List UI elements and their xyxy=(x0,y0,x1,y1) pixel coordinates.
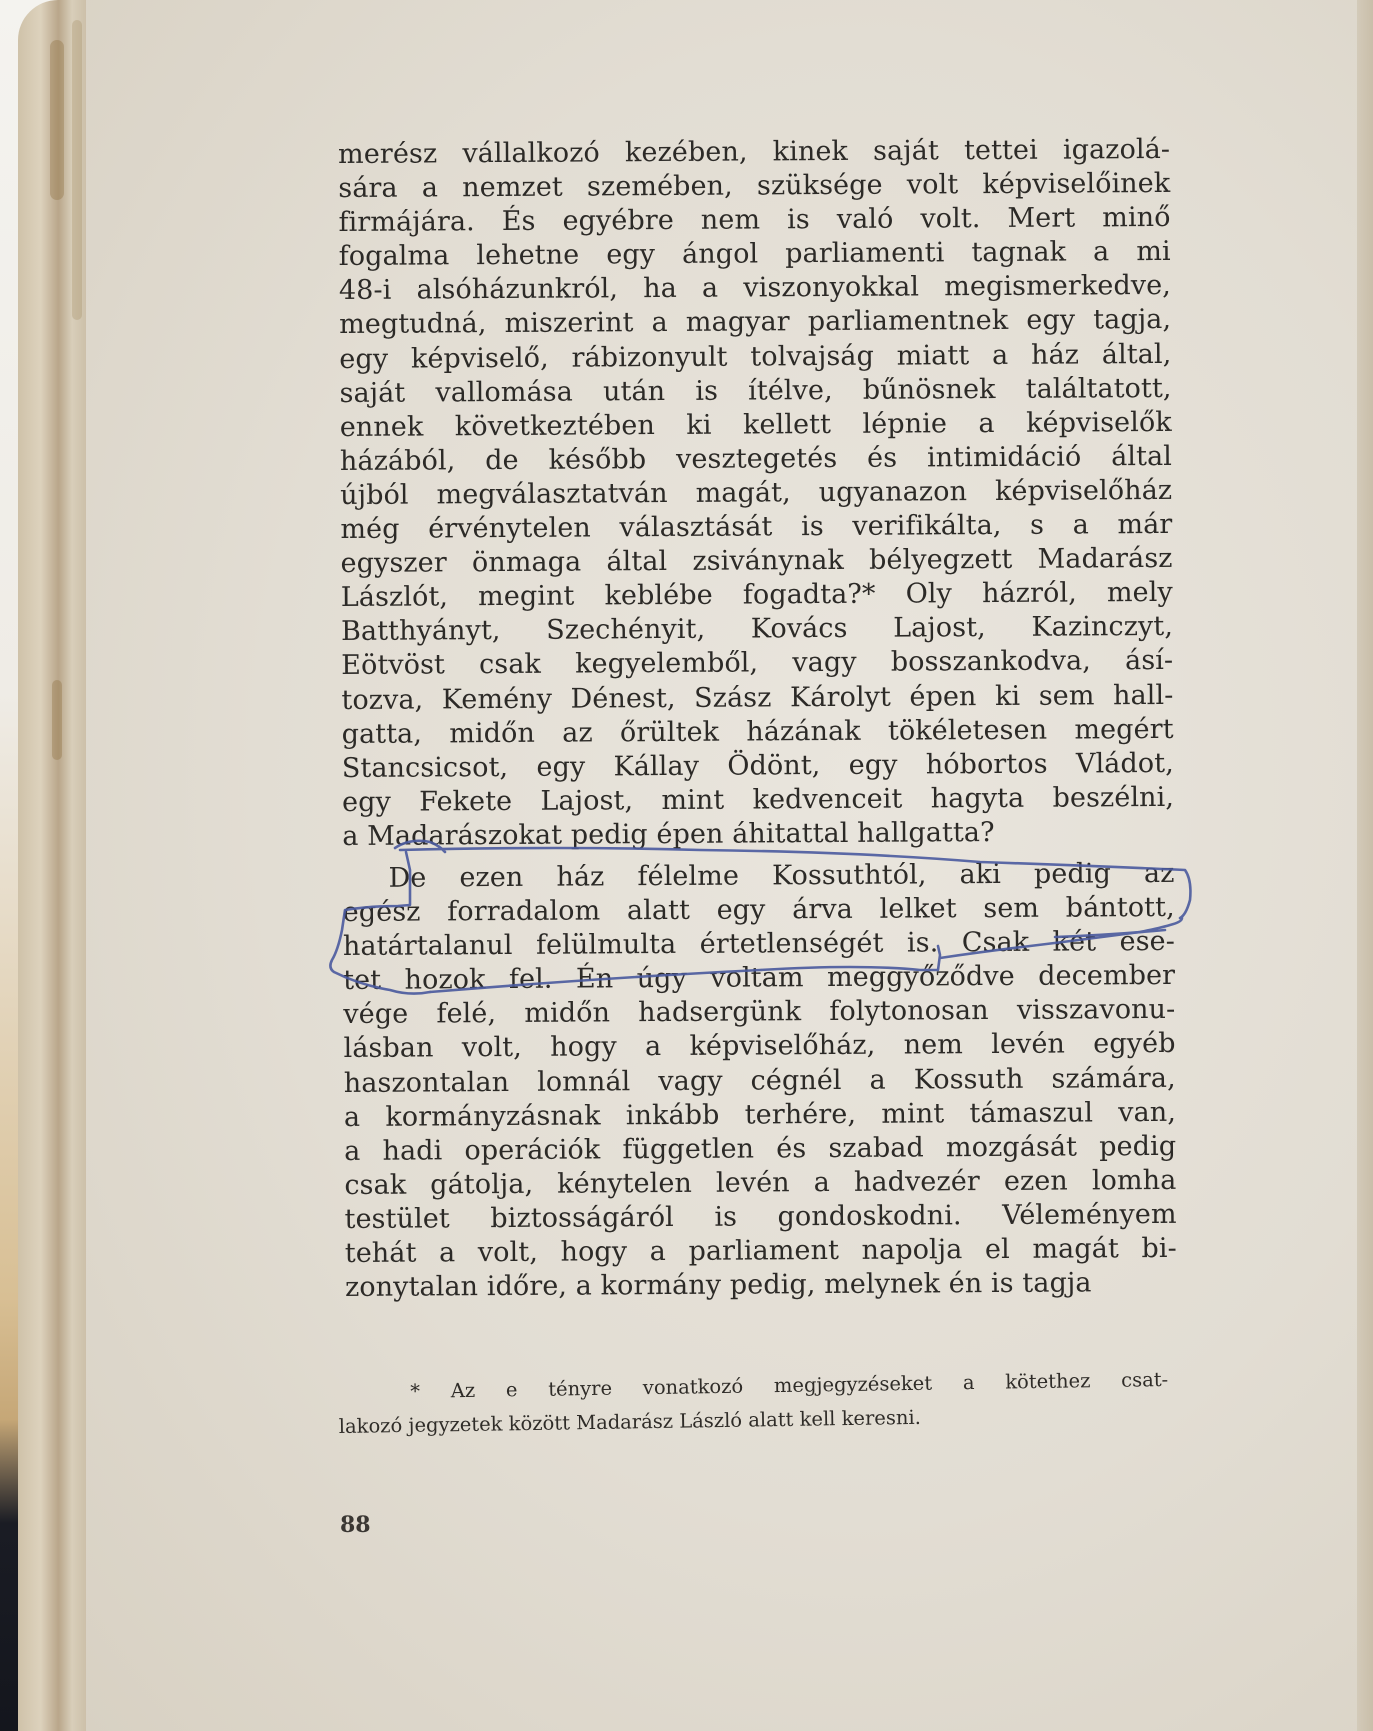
page-edge-stain xyxy=(52,680,62,760)
text-line: vége felé, midőn hadsergünk folytonosan … xyxy=(343,993,1175,1032)
body-text: merész vállalkozó kezében, kinek saját t… xyxy=(338,133,1177,1305)
text-line: egyszer önmaga által zsiványnak bélyegze… xyxy=(340,542,1172,581)
text-line: Eötvöst csak kegyelemből, vagy bosszanko… xyxy=(341,644,1173,683)
text-line: tehát a volt, hogy a parliament napolja … xyxy=(345,1232,1177,1271)
page-edge-stain xyxy=(50,40,64,200)
footnote: * Az e tényre vonatkozó megjegyzéseket a… xyxy=(338,1363,1169,1444)
text-line: lásban volt, hogy a képviselőház, nem le… xyxy=(343,1027,1175,1066)
text-line: csak gátolja, kénytelen levén a hadvezér… xyxy=(344,1164,1176,1203)
text-line: 48-i alsóházunkról, ha a viszonyokkal me… xyxy=(339,269,1171,308)
text-line: tozva, Kemény Dénest, Szász Károlyt épen… xyxy=(341,678,1173,717)
text-line: határtalanul felülmulta értetlenségét is… xyxy=(343,925,1175,964)
text-line: a Madarászokat pedig épen áhitattal hall… xyxy=(342,815,1174,854)
text-line: megtudná, miszerint a magyar parliamentn… xyxy=(339,303,1171,342)
text-line: merész vállalkozó kezében, kinek saját t… xyxy=(338,133,1170,172)
text-line: egész forradalom alatt egy árva lelket s… xyxy=(343,891,1175,930)
text-line: a hadi operációk független és szabad moz… xyxy=(344,1130,1176,1169)
text-line: Batthyányt, Szechényit, Kovács Lajost, K… xyxy=(341,610,1173,649)
page-edge-stain xyxy=(72,20,82,320)
text-line: ennek következtében ki kellett lépnie a … xyxy=(340,406,1172,445)
text-line: Stancsicsot, egy Kállay Ödönt, egy hóbor… xyxy=(342,747,1174,786)
text-line: De ezen ház félelme Kossuthtól, aki pedi… xyxy=(342,857,1174,896)
text-line: házából, de később vesztegetés és intimi… xyxy=(340,440,1172,479)
text-line: zonytalan időre, a kormány pedig, melyne… xyxy=(345,1266,1177,1305)
text-line: egy képviselő, rábizonyult tolvajság mia… xyxy=(339,337,1171,376)
text-line: testület biztosságáról is gondoskodni. V… xyxy=(345,1198,1177,1237)
text-line: saját vallomása után is ítélve, bűnösnek… xyxy=(339,372,1171,411)
page-number: 88 xyxy=(340,1512,371,1538)
text-line: haszontalan lomnál vagy cégnél a Kossuth… xyxy=(344,1061,1176,1100)
text-line: egy Fekete Lajost, mint kedvenceit hagyt… xyxy=(342,781,1174,820)
text-line: firmájára. És egyébre nem is való volt. … xyxy=(338,201,1170,240)
text-line: sára a nemzet szemében, szüksége volt ké… xyxy=(338,167,1170,206)
page-right-edge xyxy=(1357,0,1373,1731)
text-line: újból megválasztatván magát, ugyanazon k… xyxy=(340,474,1172,513)
text-line: tet hozok fel. Én úgy voltam meggyőződve… xyxy=(343,959,1175,998)
text-line: a kormányzásnak inkább terhére, mint tám… xyxy=(344,1096,1176,1135)
text-line: gatta, midőn az őrültek házának tökélete… xyxy=(342,713,1174,752)
text-line: még érvénytelen választását is verifikál… xyxy=(340,508,1172,547)
text-line: fogalma lehetne egy ángol parliamenti ta… xyxy=(339,235,1171,274)
text-line: Lászlót, megint keblébe fogadta?* Oly há… xyxy=(341,576,1173,615)
